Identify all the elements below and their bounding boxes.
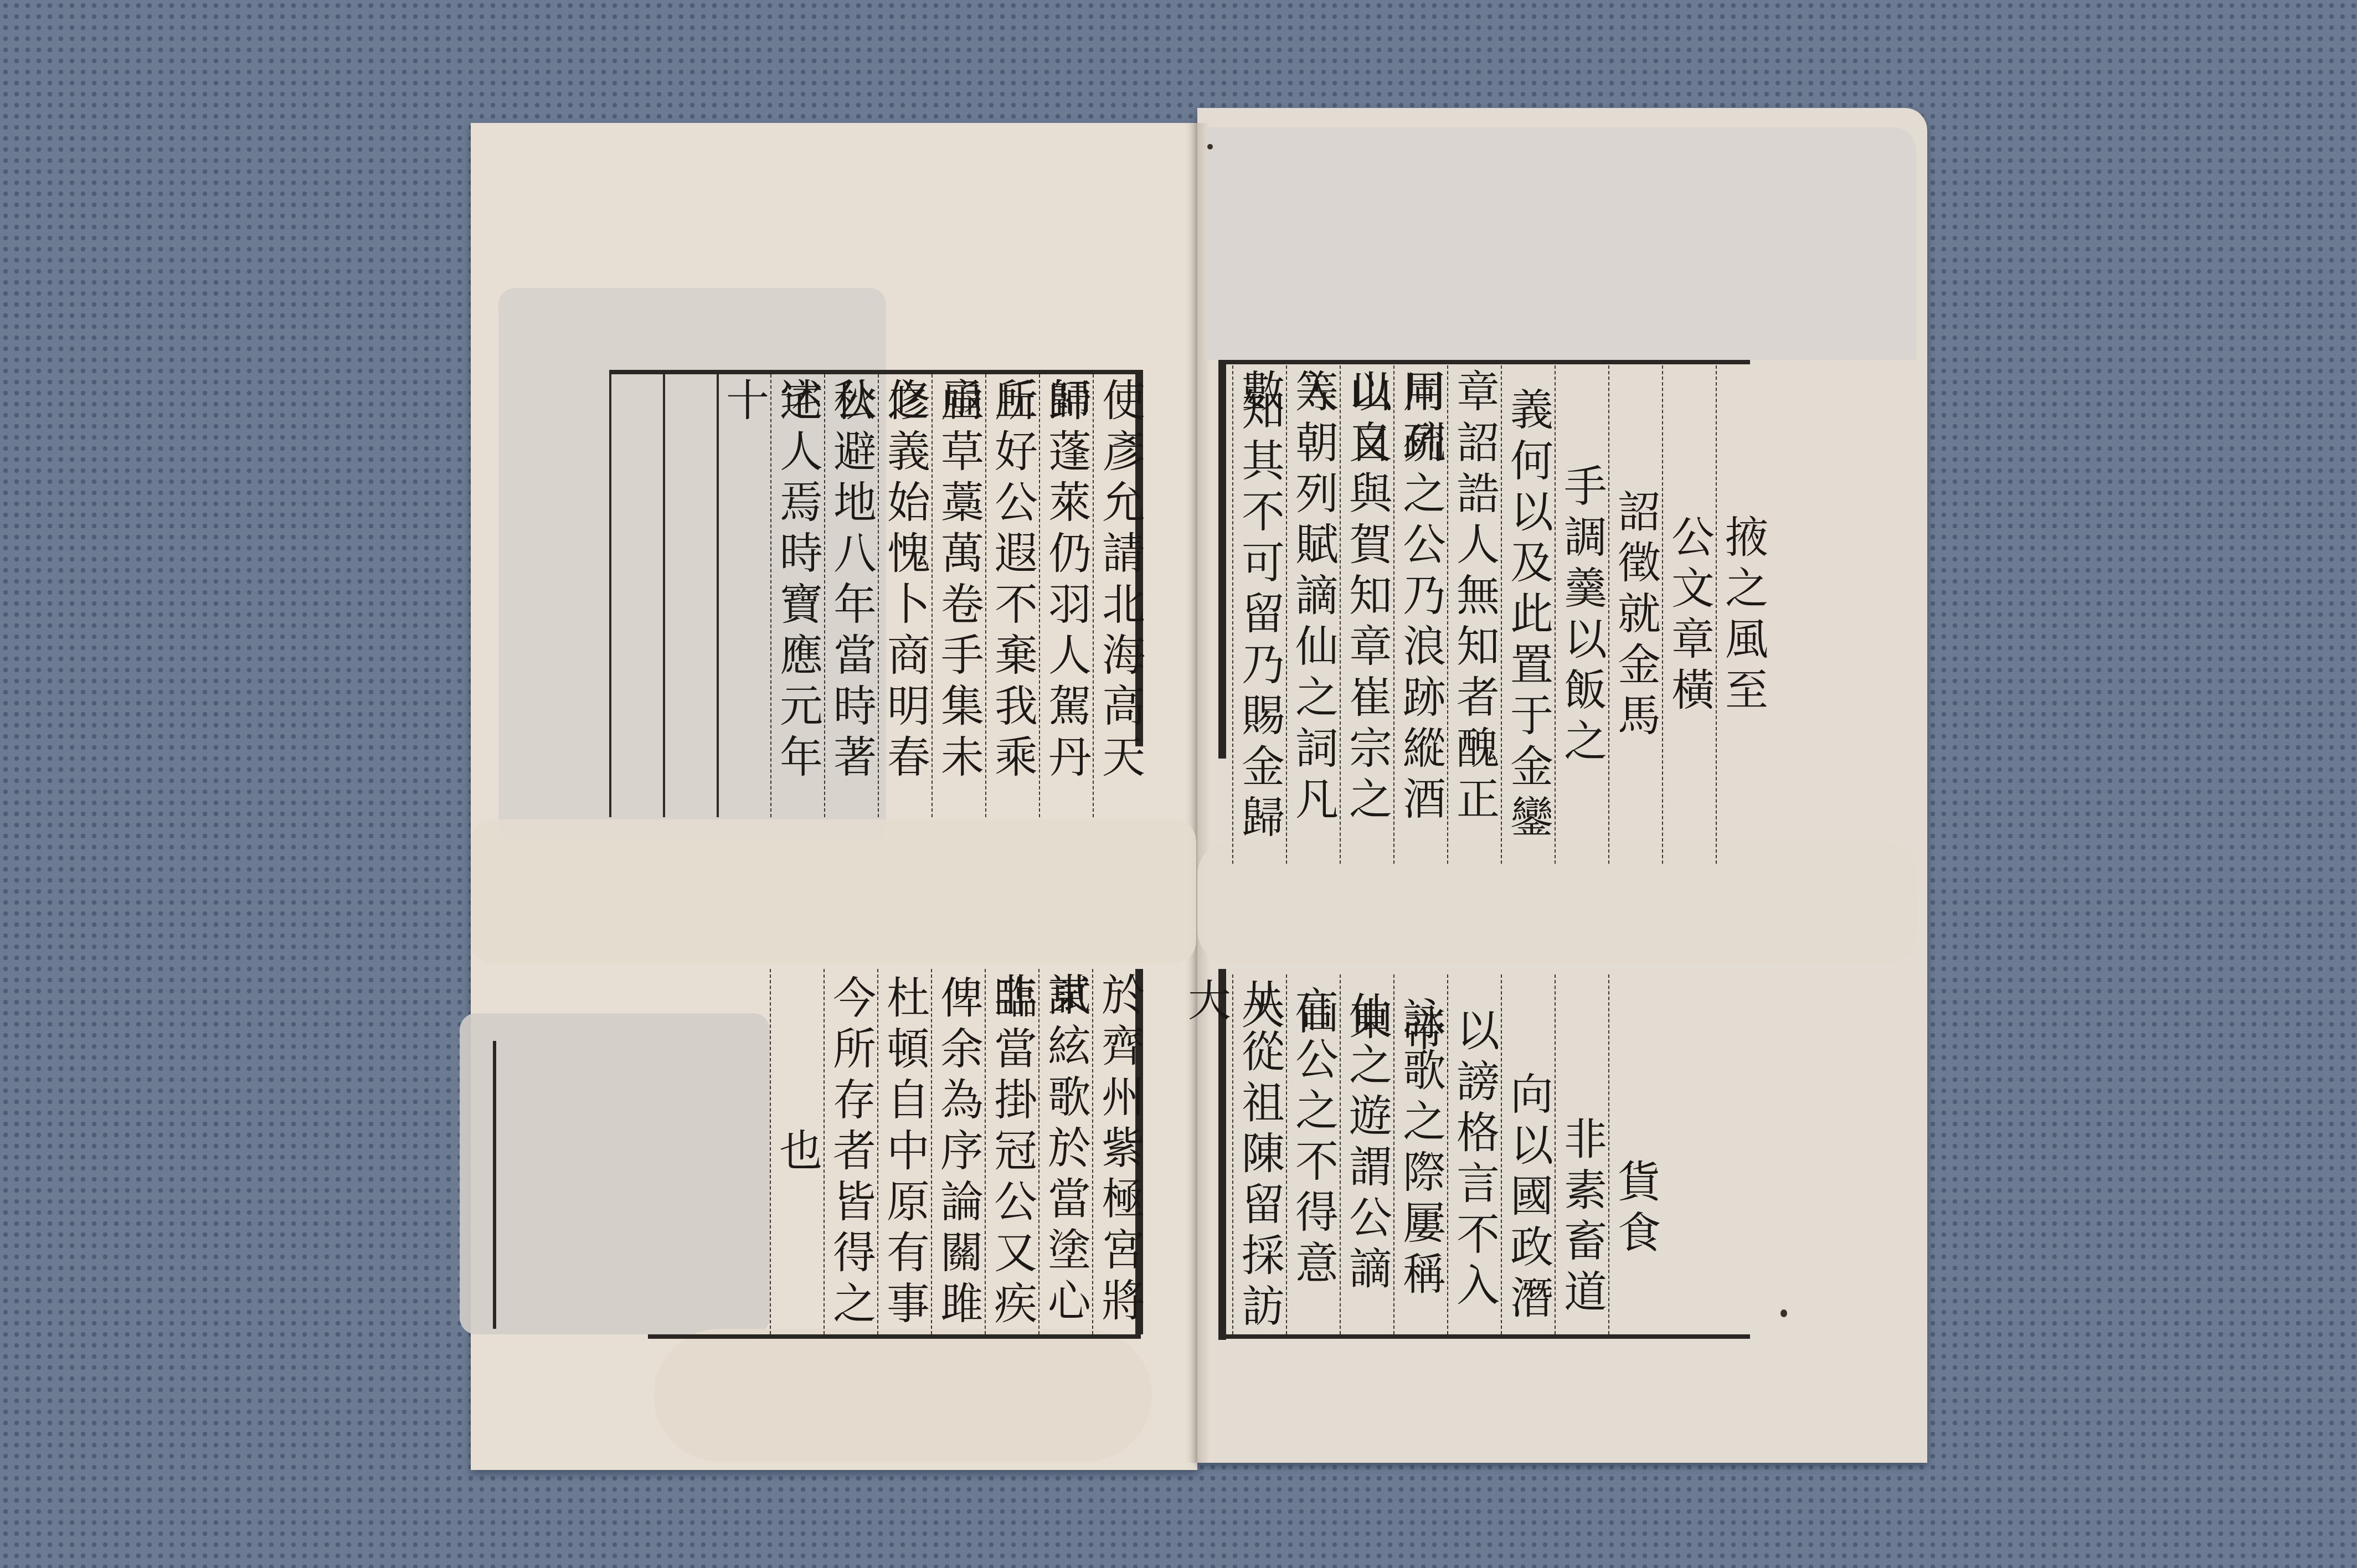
right-lower-text: 貨食 非素畜道 向以國政潛 以謗格言不入帝 詠歌之際屢稱東 仙之遊謂公謫仙 言公… xyxy=(1232,974,1662,1334)
right-frame-bottom xyxy=(1218,1334,1750,1339)
left-upper-text: 使彥允請北海高天師 歸蓬萊仍羽人駕丹丘 所好公遐不棄我乘扁 亟草藁萬卷手集未修 … xyxy=(609,374,1146,817)
text-column: 掖之風至 xyxy=(1716,365,1769,864)
text-column: 向以國政潛 xyxy=(1501,974,1555,1334)
ink-spot xyxy=(1780,1309,1787,1317)
text-column: 今所存者皆得之 xyxy=(824,969,877,1334)
repair-patch xyxy=(471,819,1196,963)
text-column: 使彥允請北海高天師 xyxy=(1093,374,1146,817)
repair-patch xyxy=(460,1013,770,1334)
right-frame-top xyxy=(1218,360,1750,364)
empty-column xyxy=(609,374,663,817)
text-column: 於齊州紫極宮將東 xyxy=(1092,969,1146,1334)
text-column: 手調羹以飯之 xyxy=(1555,365,1608,864)
text-column: 公文章橫 xyxy=(1662,365,1716,864)
text-column: 詔徵就金馬 xyxy=(1608,365,1662,864)
text-column: 俾余為序論關雎 xyxy=(931,969,985,1334)
right-upper-text: 掖之風至 公文章橫 詔徵就金馬 手調羹以飯之 義何以及此置于金鑾 章詔誥人無知者… xyxy=(1232,365,1769,864)
text-column: 義何以及此置于金鑾 xyxy=(1501,365,1555,864)
text-column: 以謗格言不入帝 xyxy=(1447,974,1501,1334)
left-frame-bottom xyxy=(648,1334,1141,1339)
text-column: 非素畜道 xyxy=(1555,974,1608,1334)
left-lower-text: 於齊州紫極宮將東 試絃歌於當塗心非 臨當掛冠公又疾 俾余為序論關雎 杜頓自中原有… xyxy=(770,969,1146,1334)
text-column: 貨食 xyxy=(1608,974,1662,1334)
repair-patch xyxy=(1207,127,1916,360)
right-frame-border xyxy=(1218,360,1226,759)
repair-patch xyxy=(653,1329,1152,1462)
ink-spot xyxy=(1207,144,1213,149)
text-column: 章詔誥人無知者醜正同列 xyxy=(1447,365,1501,864)
empty-column xyxy=(663,374,717,817)
left-empty-rule xyxy=(493,1041,496,1329)
repair-patch xyxy=(1772,963,1922,1351)
text-column: 杜頓自中原有事 xyxy=(877,969,931,1334)
text-column: 也 xyxy=(770,969,824,1334)
